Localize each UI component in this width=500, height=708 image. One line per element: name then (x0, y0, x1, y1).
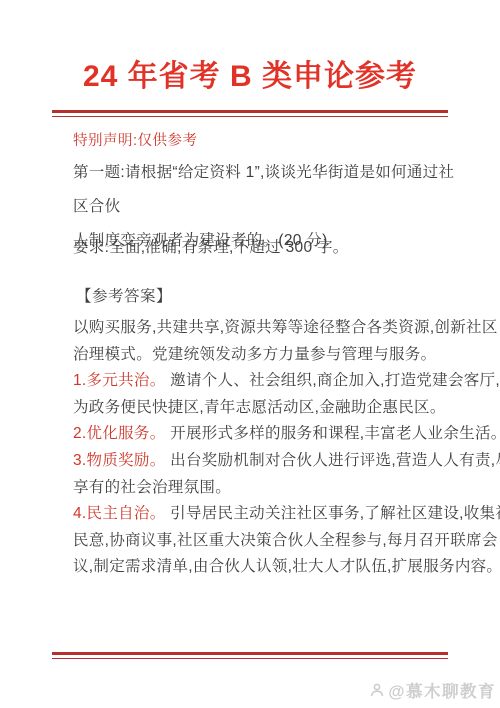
answer-item-continuation: 享有的社会治理氛围。 (73, 475, 457, 502)
answer-item-first-line: 3.物质奖励。 出台奖励机制对合伙人进行评选,营造人人有责,尽责, (73, 448, 457, 475)
answer-item-lead: 1.多元共治。 (73, 372, 166, 389)
answer-item-continuation: 议,制定需求清单,由合伙人认领,壮大人才队伍,扩展服务内容。 (73, 554, 457, 581)
watermark: @慕木聊教育 (369, 678, 496, 702)
answer-item-first-line: 4.民主自治。 引导居民主动关注社区事务,了解社区建设,收集社情 (73, 501, 457, 528)
answer-intro-line: 以购买服务,共建共享,资源共筹等途径整合各类资源,创新社区 (73, 315, 457, 342)
person-icon (369, 682, 385, 698)
special-notice: 特别声明:仅供参考 (73, 131, 198, 151)
footer-divider (52, 652, 448, 659)
answer-item-lead: 2.优化服务。 (73, 425, 166, 442)
watermark-text: @慕木聊教育 (388, 678, 496, 702)
page-title: 24 年省考 B 类申论参考 (0, 55, 500, 99)
answer-item-continuation: 民意,协商议事,社区重大决策合伙人全程参与,每月召开联席会 (73, 528, 457, 555)
answer-item-text: 开展形式多样的服务和课程,丰富老人业余生活。 (170, 425, 500, 442)
answer-heading: 【参考答案】 (76, 285, 172, 309)
answer-intro-line: 治理模式。党建统领发动多方力量参与管理与服务。 (73, 342, 457, 369)
answer-item-text: 邀请个人、社会组织,商企加入,打造党建会客厅,成 (170, 372, 500, 389)
answer-body: 以购买服务,共建共享,资源共筹等途径整合各类资源,创新社区 治理模式。党建统领发… (73, 315, 457, 581)
divider-line-thin (52, 658, 448, 660)
title-underline-divider (52, 110, 448, 117)
answer-item-lead: 4.民主自治。 (73, 505, 166, 522)
answer-item-lead: 3.物质奖励。 (73, 452, 166, 469)
answer-item-continuation: 为政务便民快捷区,青年志愿活动区,金融助企惠民区。 (73, 395, 457, 422)
answer-item-text: 出台奖励机制对合伙人进行评选,营造人人有责,尽责, (170, 452, 500, 469)
question-line: 第一题:请根据“给定资料 1”,谈谈光华街道是如何通过社区合伙 (73, 156, 457, 224)
answer-item-text: 引导居民主动关注社区事务,了解社区建设,收集社情 (170, 505, 500, 522)
answer-item-first-line: 1.多元共治。 邀请个人、社会组织,商企加入,打造党建会客厅,成 (73, 368, 457, 395)
divider-line-thin (52, 116, 448, 118)
answer-item-first-line: 2.优化服务。 开展形式多样的服务和课程,丰富老人业余生活。 (73, 421, 457, 448)
requirement-line: 要求:全面,准确,有条理,不超过 300 字。 (73, 233, 457, 263)
document-page: 24 年省考 B 类申论参考 特别声明:仅供参考 第一题:请根据“给定资料 1”… (0, 0, 500, 708)
